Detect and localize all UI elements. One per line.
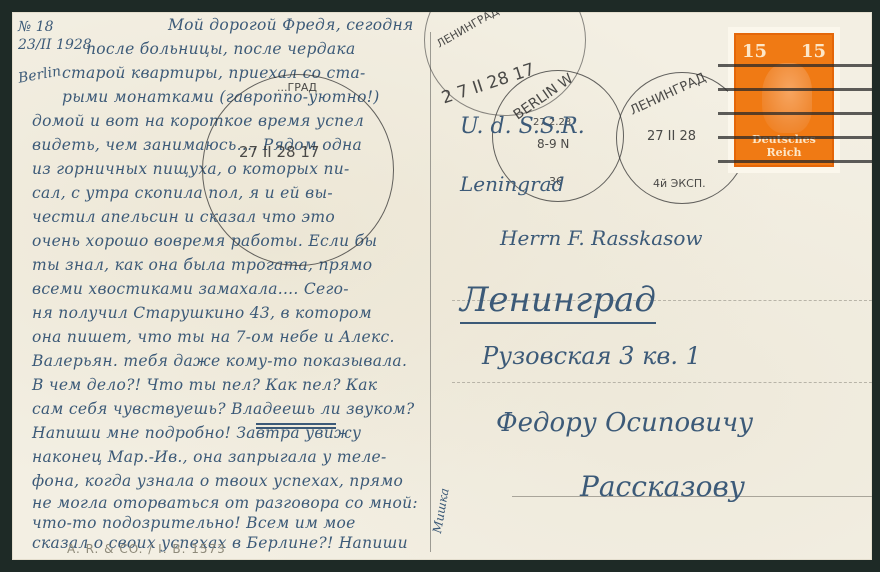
message-line: что-то подозрительно! Всем им мое	[32, 514, 356, 532]
message-line: Валерьян. тебя даже кому-то показывала.	[32, 352, 407, 370]
message-line: всеми хвостиками замахала.... Сего-	[32, 280, 349, 298]
city-latin: Leningrad	[460, 172, 564, 196]
message-line: наконец Мар.-Ив., она запрыгала у теле-	[32, 448, 387, 466]
underline-mark	[256, 423, 336, 425]
underline-mark	[256, 427, 336, 429]
message-line: В чем дело?! Что ты пел? Как пел? Как	[32, 376, 377, 394]
message-line: не могла оторваться от разговора со мной…	[32, 494, 418, 512]
message-line: сам себя чувствуешь? Владеешь ли звуком?	[32, 400, 415, 418]
recipient-last-name: Рассказову	[580, 470, 745, 503]
handwritten-message: Мой дорогой Фредя, сегодня после больниц…	[18, 12, 438, 560]
postcard: № 18 23/II 1928 Berlin Мой дорогой Фредя…	[12, 12, 872, 560]
country-line: U. d. S.S.R.	[460, 114, 585, 139]
message-line: она пишет, что ты на 7-ом небе и Алекс.	[32, 328, 395, 346]
address-rule-2	[452, 382, 872, 383]
message-line: после больницы, после чердака	[86, 40, 356, 58]
recipient-first-name: Федору Осиповичу	[496, 408, 753, 438]
leningrad-arrival-postmark: 27 II 28 17 ...ГРАД	[202, 74, 394, 266]
street-address: Рузовская 3 кв. 1	[482, 342, 701, 370]
publisher-imprint: A. R. & CO. / I. B. 1573	[67, 542, 226, 556]
message-line: ня получил Старушкино 43, в котором	[32, 304, 372, 322]
city-cyrillic: Ленинград	[460, 280, 656, 324]
message-line: Мой дорогой Фредя, сегодня	[168, 16, 414, 34]
message-line: фона, когда узнала о твоих успехах, прям…	[32, 472, 403, 490]
machine-cancel-bars	[608, 50, 872, 180]
recipient-latin: Herrn F. Rasskasow	[500, 226, 703, 250]
